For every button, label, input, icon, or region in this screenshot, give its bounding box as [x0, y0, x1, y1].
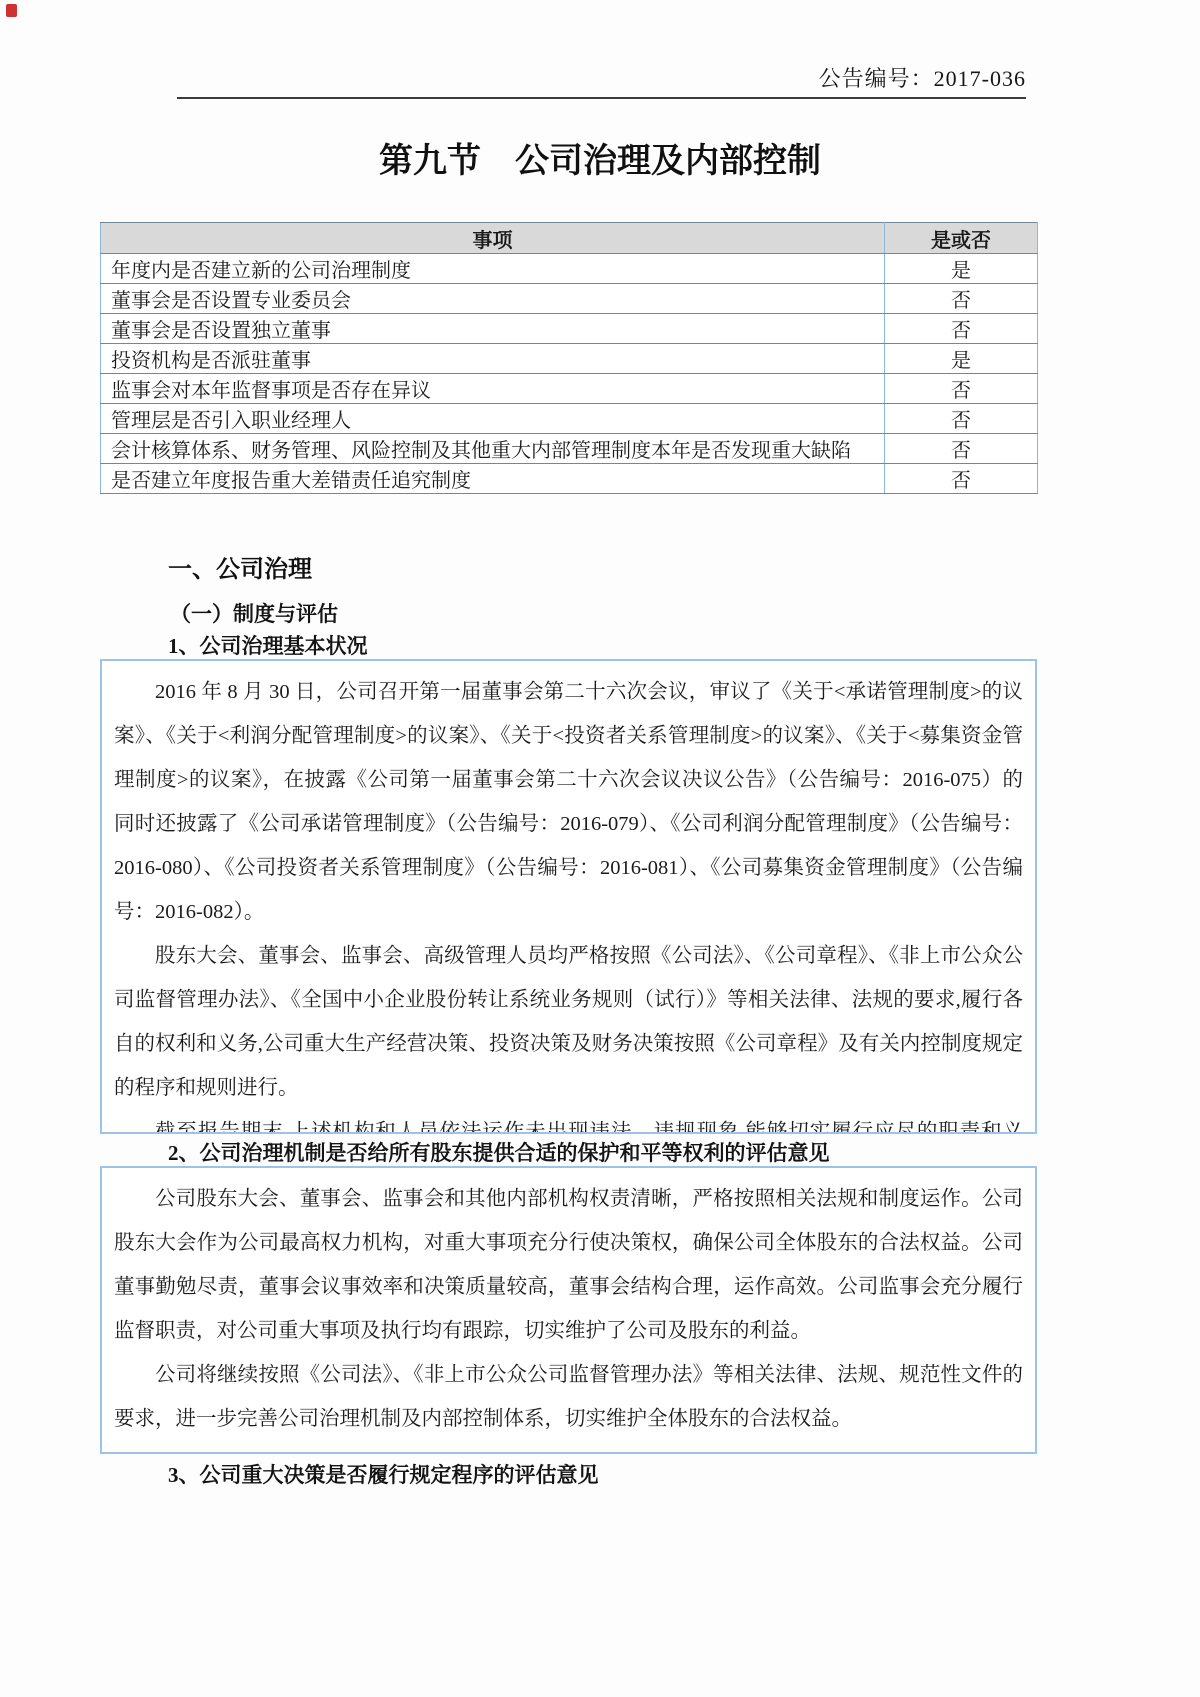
- point-heading-shareholder-protection-evaluation: 2、公司治理机制是否给所有股东提供合适的保护和平等权利的评估意见: [168, 1137, 830, 1167]
- item-cell: 管理层是否引入职业经理人: [101, 404, 885, 434]
- answer-cell: 是: [885, 344, 1038, 374]
- table-row: 是否建立年度报告重大差错责任追究制度 否: [101, 464, 1038, 494]
- header-divider: [177, 97, 1026, 99]
- announcement-number: 公告编号：2017-036: [819, 62, 1026, 93]
- item-cell: 董事会是否设置专业委员会: [101, 284, 885, 314]
- paragraph: 截至报告期末,上述机构和人员依法运作未出现违法、违规现象,能够切实履行应尽的职责…: [114, 1110, 1023, 1134]
- answer-cell: 否: [885, 374, 1038, 404]
- table-row: 管理层是否引入职业经理人 否: [101, 404, 1038, 434]
- answer-cell: 否: [885, 284, 1038, 314]
- item-cell: 会计核算体系、财务管理、风险控制及其他重大内部管理制度本年是否发现重大缺陷: [101, 434, 885, 464]
- subsection-heading-system-and-evaluation: （一）制度与评估: [170, 598, 338, 628]
- column-header-answer: 是或否: [885, 223, 1038, 254]
- answer-cell: 否: [885, 464, 1038, 494]
- item-cell: 董事会是否设置独立董事: [101, 314, 885, 344]
- table-row: 年度内是否建立新的公司治理制度 是: [101, 254, 1038, 284]
- point-heading-major-decision-procedure-evaluation: 3、公司重大决策是否履行规定程序的评估意见: [168, 1459, 599, 1489]
- governance-status-textbox: 2016 年 8 月 30 日，公司召开第一届董事会第二十六次会议，审议了《关于…: [100, 659, 1037, 1134]
- paragraph: 2016 年 8 月 30 日，公司召开第一届董事会第二十六次会议，审议了《关于…: [114, 670, 1023, 934]
- shareholder-protection-textbox: 公司股东大会、董事会、监事会和其他内部机构权责清晰，严格按照相关法规和制度运作。…: [100, 1166, 1037, 1454]
- answer-cell: 是: [885, 254, 1038, 284]
- table-row: 董事会是否设置独立董事 否: [101, 314, 1038, 344]
- answer-cell: 否: [885, 314, 1038, 344]
- page-title: 第九节 公司治理及内部控制: [0, 133, 1200, 182]
- table-row: 会计核算体系、财务管理、风险控制及其他重大内部管理制度本年是否发现重大缺陷 否: [101, 434, 1038, 464]
- paragraph: 股东大会、董事会、监事会、高级管理人员均严格按照《公司法》、《公司章程》、《非上…: [114, 934, 1023, 1110]
- answer-cell: 否: [885, 434, 1038, 464]
- red-corner-mark: [6, 4, 17, 17]
- item-cell: 年度内是否建立新的公司治理制度: [101, 254, 885, 284]
- answer-cell: 否: [885, 404, 1038, 434]
- table-header-row: 事项 是或否: [101, 223, 1038, 254]
- governance-checklist-table: 事项 是或否 年度内是否建立新的公司治理制度 是 董事会是否设置专业委员会 否 …: [100, 222, 1038, 494]
- table-row: 董事会是否设置专业委员会 否: [101, 284, 1038, 314]
- item-cell: 投资机构是否派驻董事: [101, 344, 885, 374]
- paragraph: 公司股东大会、董事会、监事会和其他内部机构权责清晰，严格按照相关法规和制度运作。…: [114, 1177, 1023, 1353]
- table-row: 投资机构是否派驻董事 是: [101, 344, 1038, 374]
- item-cell: 监事会对本年监督事项是否存在异议: [101, 374, 885, 404]
- section-heading-corporate-governance: 一、公司治理: [168, 549, 312, 584]
- column-header-item: 事项: [101, 223, 885, 254]
- point-heading-governance-basic-status: 1、公司治理基本状况: [168, 630, 368, 660]
- paragraph: 公司将继续按照《公司法》、《非上市公众公司监督管理办法》等相关法律、法规、规范性…: [114, 1353, 1023, 1441]
- item-cell: 是否建立年度报告重大差错责任追究制度: [101, 464, 885, 494]
- table-row: 监事会对本年监督事项是否存在异议 否: [101, 374, 1038, 404]
